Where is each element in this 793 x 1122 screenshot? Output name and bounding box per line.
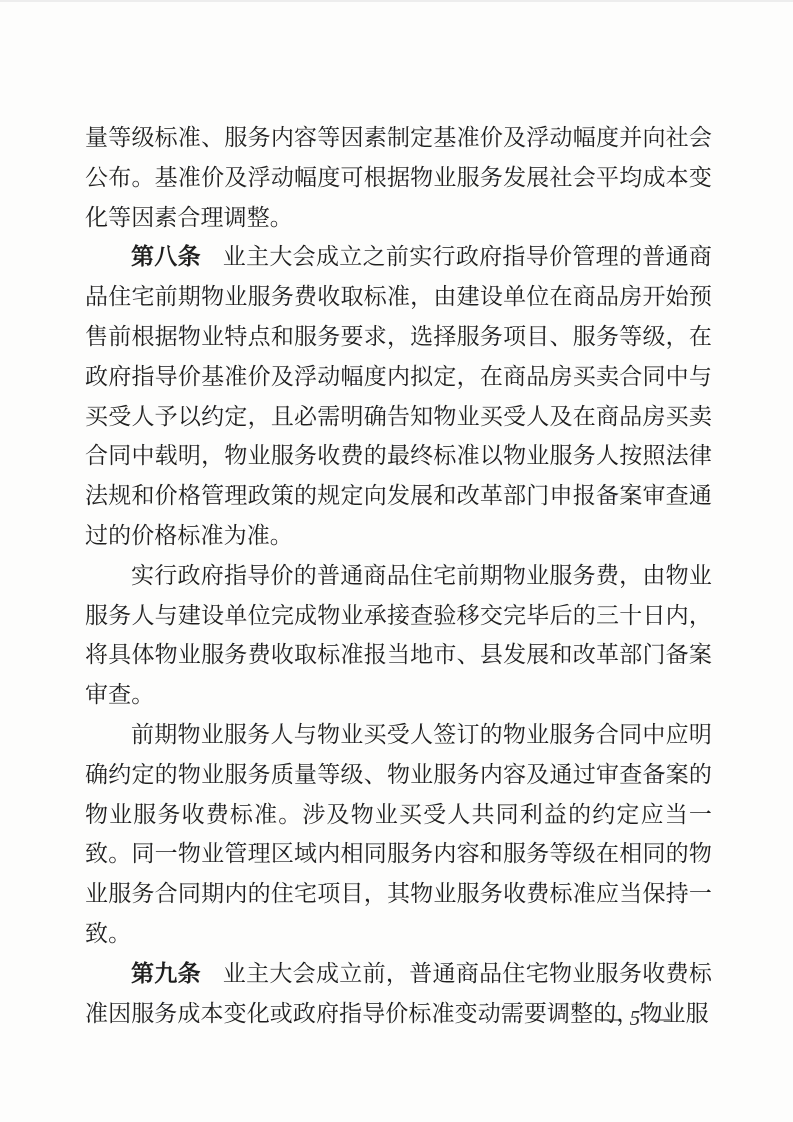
paragraph-text: 量等级标准、服务内容等因素制定基准价及浮动幅度并向社会公布。基准价及浮动幅度可根…	[85, 125, 712, 230]
paragraph-text: 前期物业服务人与物业买受人签订的物业服务合同中应明确约定的物业服务质量等级、物业…	[85, 722, 712, 946]
paragraph-text: 实行政府指导价的普通商品住宅前期物业服务费，由物业服务人与建设单位完成物业承接查…	[85, 563, 712, 707]
paragraph-text: 业主大会成立之前实行政府指导价管理的普通商品住宅前期物业服务费收取标准，由建设单…	[85, 244, 712, 548]
paragraph-continuation: 量等级标准、服务内容等因素制定基准价及浮动幅度并向社会公布。基准价及浮动幅度可根…	[85, 118, 712, 237]
article-8-heading: 第八条	[131, 244, 201, 269]
document-body: 量等级标准、服务内容等因素制定基准价及浮动幅度并向社会公布。基准价及浮动幅度可根…	[85, 118, 712, 1033]
paragraph-article-8: 第八条业主大会成立之前实行政府指导价管理的普通商品住宅前期物业服务费收取标准，由…	[85, 237, 712, 555]
paragraph-guided-price-filing: 实行政府指导价的普通商品住宅前期物业服务费，由物业服务人与建设单位完成物业承接查…	[85, 556, 712, 715]
paragraph-preliminary-service-contract: 前期物业服务人与物业买受人签订的物业服务合同中应明确约定的物业服务质量等级、物业…	[85, 715, 712, 954]
page-number: — 5 —	[0, 1006, 793, 1031]
article-9-heading: 第九条	[131, 961, 201, 986]
